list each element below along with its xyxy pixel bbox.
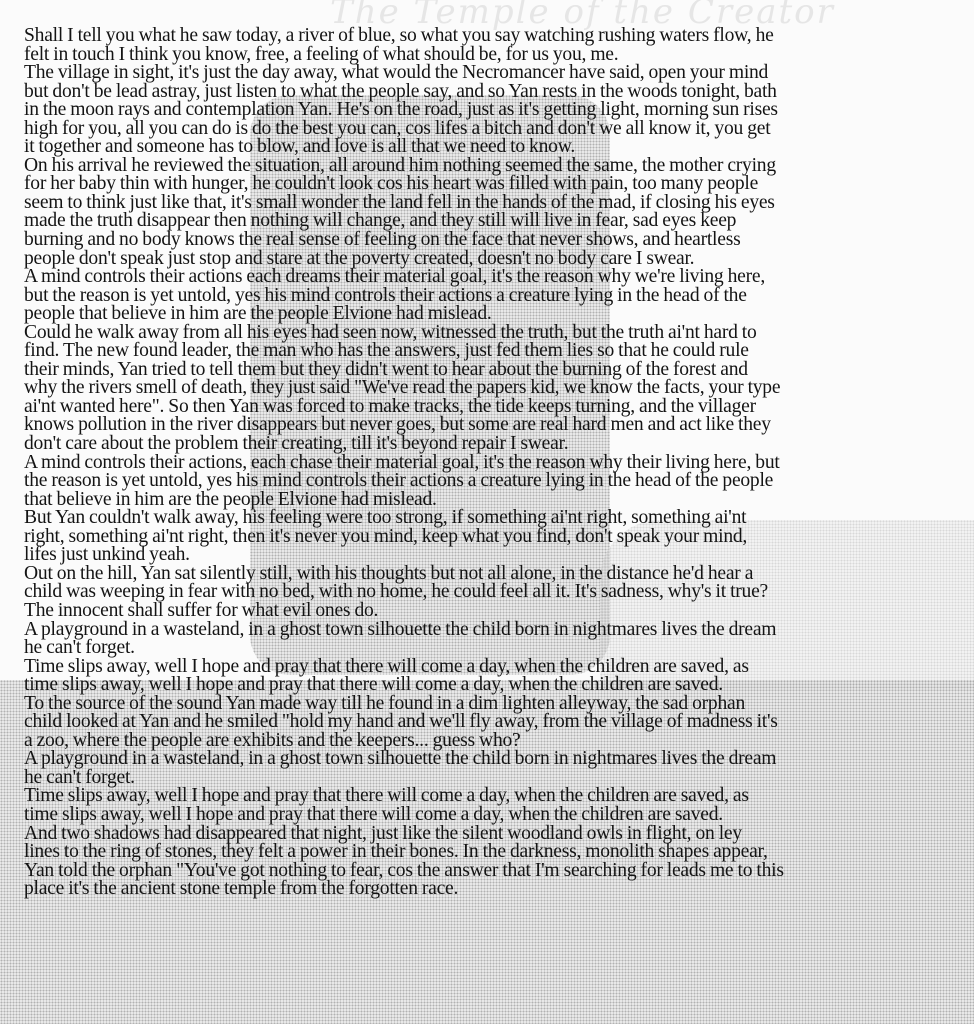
text-line: place it's the ancient stone temple from… (24, 880, 954, 899)
text-line: child looked at Yan and he smiled "hold … (24, 713, 954, 732)
text-line: But Yan couldn't walk away, his feeling … (24, 509, 954, 528)
text-line: Shall I tell you what he saw today, a ri… (24, 27, 954, 46)
text-line: A playground in a wasteland, in a ghost … (24, 750, 954, 769)
lyrics-text-block: Shall I tell you what he saw today, a ri… (24, 27, 954, 899)
text-line: A mind controls their actions each dream… (24, 268, 954, 287)
text-line: the reason is yet untold, yes his mind c… (24, 472, 954, 491)
text-line: time slips away, well I hope and pray th… (24, 806, 954, 825)
text-line: he can't forget. (24, 639, 954, 658)
text-line: A playground in a wasteland, in a ghost … (24, 621, 954, 640)
text-line: The village in sight, it's just the day … (24, 64, 954, 83)
text-line: burning and no body knows the real sense… (24, 231, 954, 250)
scanned-page: The Temple of the Creator Shall I tell y… (0, 0, 974, 1024)
text-line: lines to the ring of stones, they felt a… (24, 843, 954, 862)
text-line: The innocent shall suffer for what evil … (24, 602, 954, 621)
text-line: people that believe in him are the peopl… (24, 305, 954, 324)
text-line: in the moon rays and contemplation Yan. … (24, 101, 954, 120)
text-line: time slips away, well I hope and pray th… (24, 676, 954, 695)
text-line: don't care about the problem their creat… (24, 435, 954, 454)
